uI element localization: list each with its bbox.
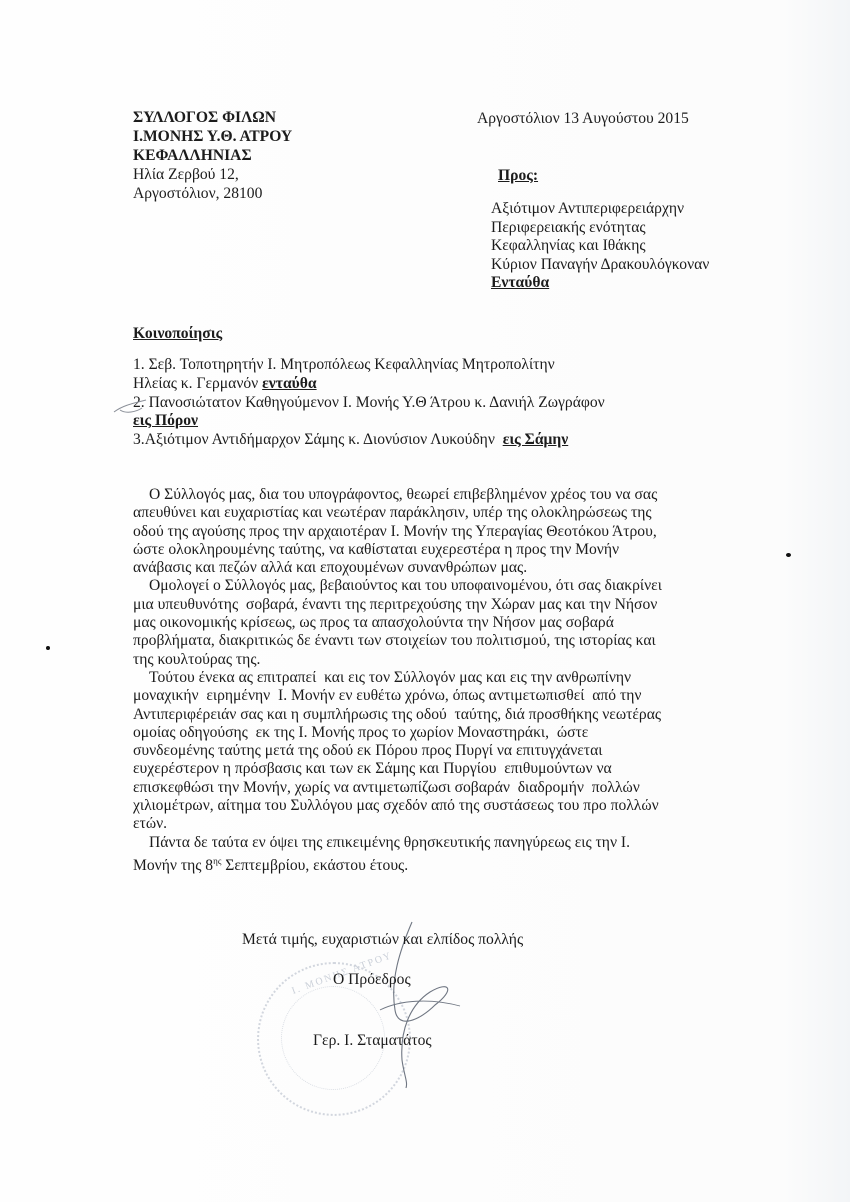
recipient-line: Περιφερειακής ενότητας — [491, 219, 709, 238]
paragraph-line: Τούτου ένεκα ας επιτραπεί και εις τον Σύ… — [133, 669, 662, 687]
recipient-block: Αξιότιμον Αντιπεριφερειάρχην Περιφερειακ… — [491, 200, 709, 293]
cc-item-2-location: εις Πόρον — [133, 412, 605, 431]
recipient-line: Κύριον Παναγήν Δρακουλόγκοναν — [491, 256, 709, 275]
paragraph-4: Πάντα δε ταύτα εν όψει της επικειμένης θ… — [133, 834, 662, 876]
cc-list: 1. Σεβ. Τοποτηρητήν Ι. Μητροπόλεως Κεφαλ… — [133, 356, 605, 450]
paragraph-line: συνδεομένης ταύτης μετά της οδού εκ Πόρο… — [133, 742, 662, 760]
paragraph-line: ετών. — [133, 815, 662, 833]
paragraph-line: Αντιπεριφέρειάν σας και η συμπλήρωσις τη… — [133, 706, 662, 724]
signer-name: Γερ. Ι. Σταματάτος — [313, 1032, 432, 1050]
recipient-line: Αξιότιμον Αντιπεριφερειάρχην — [491, 200, 709, 219]
ink-speck — [46, 646, 50, 650]
pen-mark — [112, 398, 152, 416]
paragraph-line: ευχερέστερον η πρόσβασις και των εκ Σάμη… — [133, 760, 662, 778]
text-span: Σεπτεμβρίου, εκάστου έτους. — [221, 857, 408, 874]
cc-item-3-text: 3.Αξιότιμον Αντιδήμαρχον Σάμης κ. Διονύσ… — [133, 431, 503, 448]
cc-item-1-line2: Ηλείας κ. Γερμανόν ενταύθα — [133, 375, 605, 394]
paragraph-line: προβλήματα, διακριτικώς δε έναντι των στ… — [133, 632, 662, 650]
paragraph-2: Ομολογεί ο Σύλλογός μας, βεβαιούντος και… — [133, 577, 662, 668]
paragraph-line: ομοίας οδηγούσης εκ της Ι. Μονής προς το… — [133, 724, 662, 742]
paragraph-line: μια υπευθυνότης σοβαρά, έναντι της περιτ… — [133, 596, 662, 614]
sender-org-line2: Ι.ΜΟΝΗΣ Υ.Θ. ΑΤΡΟΥ — [133, 127, 292, 146]
paragraph-line: Ο Σύλλογός μας, δια του υπογράφοντος, θε… — [133, 486, 662, 504]
paragraph-line: της κουλτούρας της. — [133, 651, 662, 669]
cc-heading: Κοινοποίησις — [133, 325, 222, 343]
signer-title: Ο Πρόεδρος — [333, 971, 411, 989]
sender-block: ΣΥΛΛΟΓΟΣ ΦΙΛΩΝ Ι.ΜΟΝΗΣ Υ.Θ. ΑΤΡΟΥ ΚΕΦΑΛΛ… — [133, 108, 292, 203]
paragraph-line: μας οικονομικής κρίσεως, ως προς τα απασ… — [133, 614, 662, 632]
paragraph-line: χιλιομέτρων, αίτημα του Συλλόγου μας σχε… — [133, 797, 662, 815]
recipient-location: Ενταύθα — [491, 274, 709, 293]
recipient-line: Κεφαλληνίας και Ιθάκης — [491, 237, 709, 256]
paragraph-line: Μονήν της 8ης Σεπτεμβρίου, εκάστου έτους… — [133, 852, 662, 875]
cc-item-1-text: Ηλείας κ. Γερμανόν — [133, 375, 262, 392]
sender-address-line1: Ηλία Ζερβού 12, — [133, 165, 292, 184]
text-span: Μονήν της 8 — [133, 857, 213, 874]
paragraph-line: ανάβασις και πεζών αλλά και εποχουμένων … — [133, 559, 662, 577]
cc-item-1-location: ενταύθα — [262, 375, 316, 392]
paragraph-1: Ο Σύλλογός μας, δια του υπογράφοντος, θε… — [133, 486, 662, 577]
paragraph-line: επισκεφθώσι την Μονήν, χωρίς να αντιμετω… — [133, 779, 662, 797]
recipient-heading: Προς: — [498, 167, 538, 185]
letter-date: Αργοστόλιον 13 Αυγούστου 2015 — [477, 110, 689, 128]
cc-item-3-location: εις Σάμην — [503, 431, 569, 448]
cc-item-1-line1: 1. Σεβ. Τοποτηρητήν Ι. Μητροπόλεως Κεφαλ… — [133, 356, 605, 375]
sender-address-line2: Αργοστόλιον, 28100 — [133, 184, 292, 203]
paragraph-line: Ομολογεί ο Σύλλογός μας, βεβαιούντος και… — [133, 577, 662, 595]
ink-speck — [786, 553, 791, 557]
paragraph-line: απευθύνει και ευχαριστίας και νεωτέραν π… — [133, 504, 662, 522]
paragraph-line: Πάντα δε ταύτα εν όψει της επικειμένης θ… — [133, 834, 662, 852]
sender-org-line3: ΚΕΦΑΛΛΗΝΙΑΣ — [133, 146, 292, 165]
closing-salutation: Μετά τιμής, ευχαριστιών και ελπίδος πολλ… — [242, 931, 523, 949]
paragraph-line: οδού της αγούσης προς την αρχαιοτέραν Ι.… — [133, 523, 662, 541]
paragraph-3: Τούτου ένεκα ας επιτραπεί και εις τον Σύ… — [133, 669, 662, 834]
letter-page: ΣΥΛΛΟΓΟΣ ΦΙΛΩΝ Ι.ΜΟΝΗΣ Υ.Θ. ΑΤΡΟΥ ΚΕΦΑΛΛ… — [0, 0, 850, 1202]
cc-item-3: 3.Αξιότιμον Αντιδήμαρχον Σάμης κ. Διονύσ… — [133, 431, 605, 450]
sender-org-line1: ΣΥΛΛΟΓΟΣ ΦΙΛΩΝ — [133, 108, 292, 127]
letter-body: Ο Σύλλογός μας, δια του υπογράφοντος, θε… — [133, 486, 662, 875]
cc-item-2-line1: 2. Πανοσιώτατον Καθηγούμενον Ι. Μονής Υ.… — [133, 394, 605, 413]
paragraph-line: ώστε ολοκληρουμένης ταύτης, να καθίστατα… — [133, 541, 662, 559]
paragraph-line: μοναχικήν ειρημένην Ι. Μονήν εν ευθέτω χ… — [133, 687, 662, 705]
